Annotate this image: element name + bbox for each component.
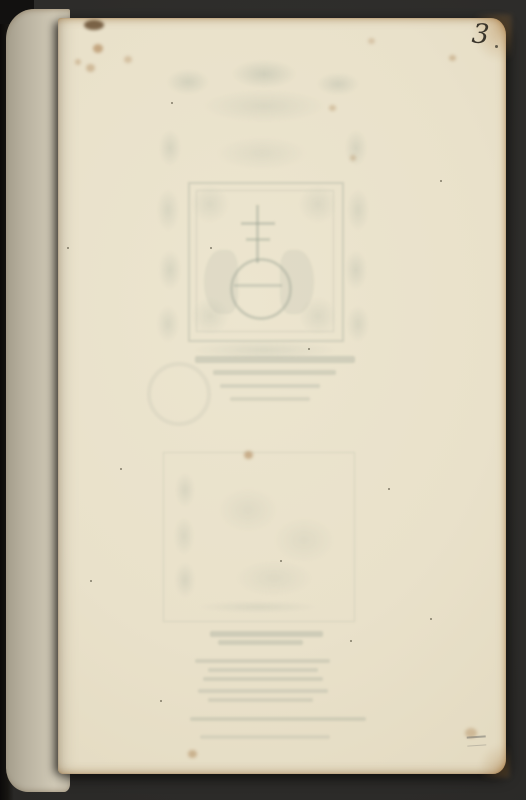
showthrough-device-orb: [241, 222, 275, 225]
foxing-spot: [350, 155, 356, 161]
book-scan: 3: [0, 0, 526, 800]
paper-speck: [308, 348, 310, 350]
paper-speck: [171, 102, 173, 104]
showthrough-text-block-lower: [218, 640, 303, 645]
showthrough-text-block-lower: [208, 668, 318, 672]
showthrough-engraving-upper: [158, 60, 370, 126]
pencil-mark: [467, 735, 487, 746]
foxing-spot: [84, 20, 104, 30]
folio-number: 3: [471, 20, 490, 48]
showthrough-text-block-lower: [198, 689, 328, 693]
paper-speck: [350, 640, 352, 642]
showthrough-text-block-lower: [208, 698, 313, 702]
paper-speck: [160, 700, 162, 702]
showthrough-text-block-upper: [220, 384, 320, 388]
showthrough-text-block-lower: [190, 717, 366, 721]
paper-speck: [120, 468, 122, 470]
paper-speck: [430, 618, 432, 620]
showthrough-text-block-upper: [213, 370, 336, 375]
foxing-spot: [244, 451, 253, 459]
verso-showthrough: [58, 18, 506, 774]
showthrough-text-block-lower: [203, 677, 323, 681]
foxing-spot: [124, 56, 132, 63]
showthrough-text-block-lower: [210, 631, 323, 637]
showthrough-text-block-lower: [195, 659, 330, 663]
showthrough-text-block-upper: [230, 397, 310, 401]
showthrough-engraving-lower: [168, 464, 202, 602]
book-page: 3: [58, 18, 506, 774]
showthrough-device-orb: [280, 250, 314, 314]
foxing-spot: [93, 44, 103, 53]
foxing-spot: [188, 750, 197, 758]
showthrough-text-block-upper: [195, 356, 355, 363]
paper-speck: [210, 247, 212, 249]
showthrough-text-block-lower: [200, 735, 330, 739]
showthrough-device-orb: [256, 205, 259, 263]
paper-speck: [440, 180, 442, 182]
paper-speck: [280, 560, 282, 562]
foxing-spot: [449, 55, 456, 61]
showthrough-engraving-upper: [192, 125, 332, 183]
showthrough-stamp: [147, 362, 211, 426]
showthrough-device-orb: [246, 238, 270, 241]
ink-dot: [495, 45, 498, 48]
showthrough-engraving-lower: [170, 598, 346, 616]
foxing-spot: [75, 59, 81, 65]
foxing-spot: [86, 64, 95, 72]
paper-speck: [67, 247, 69, 249]
showthrough-device-orb: [204, 250, 238, 314]
foxing-spot: [368, 38, 375, 44]
paper-speck: [90, 580, 92, 582]
showthrough-device-orb: [234, 284, 282, 287]
foxing-spot: [329, 105, 336, 111]
paper-speck: [388, 488, 390, 490]
showthrough-engraving-lower: [204, 470, 346, 596]
showthrough-ornament-column: [150, 118, 192, 348]
